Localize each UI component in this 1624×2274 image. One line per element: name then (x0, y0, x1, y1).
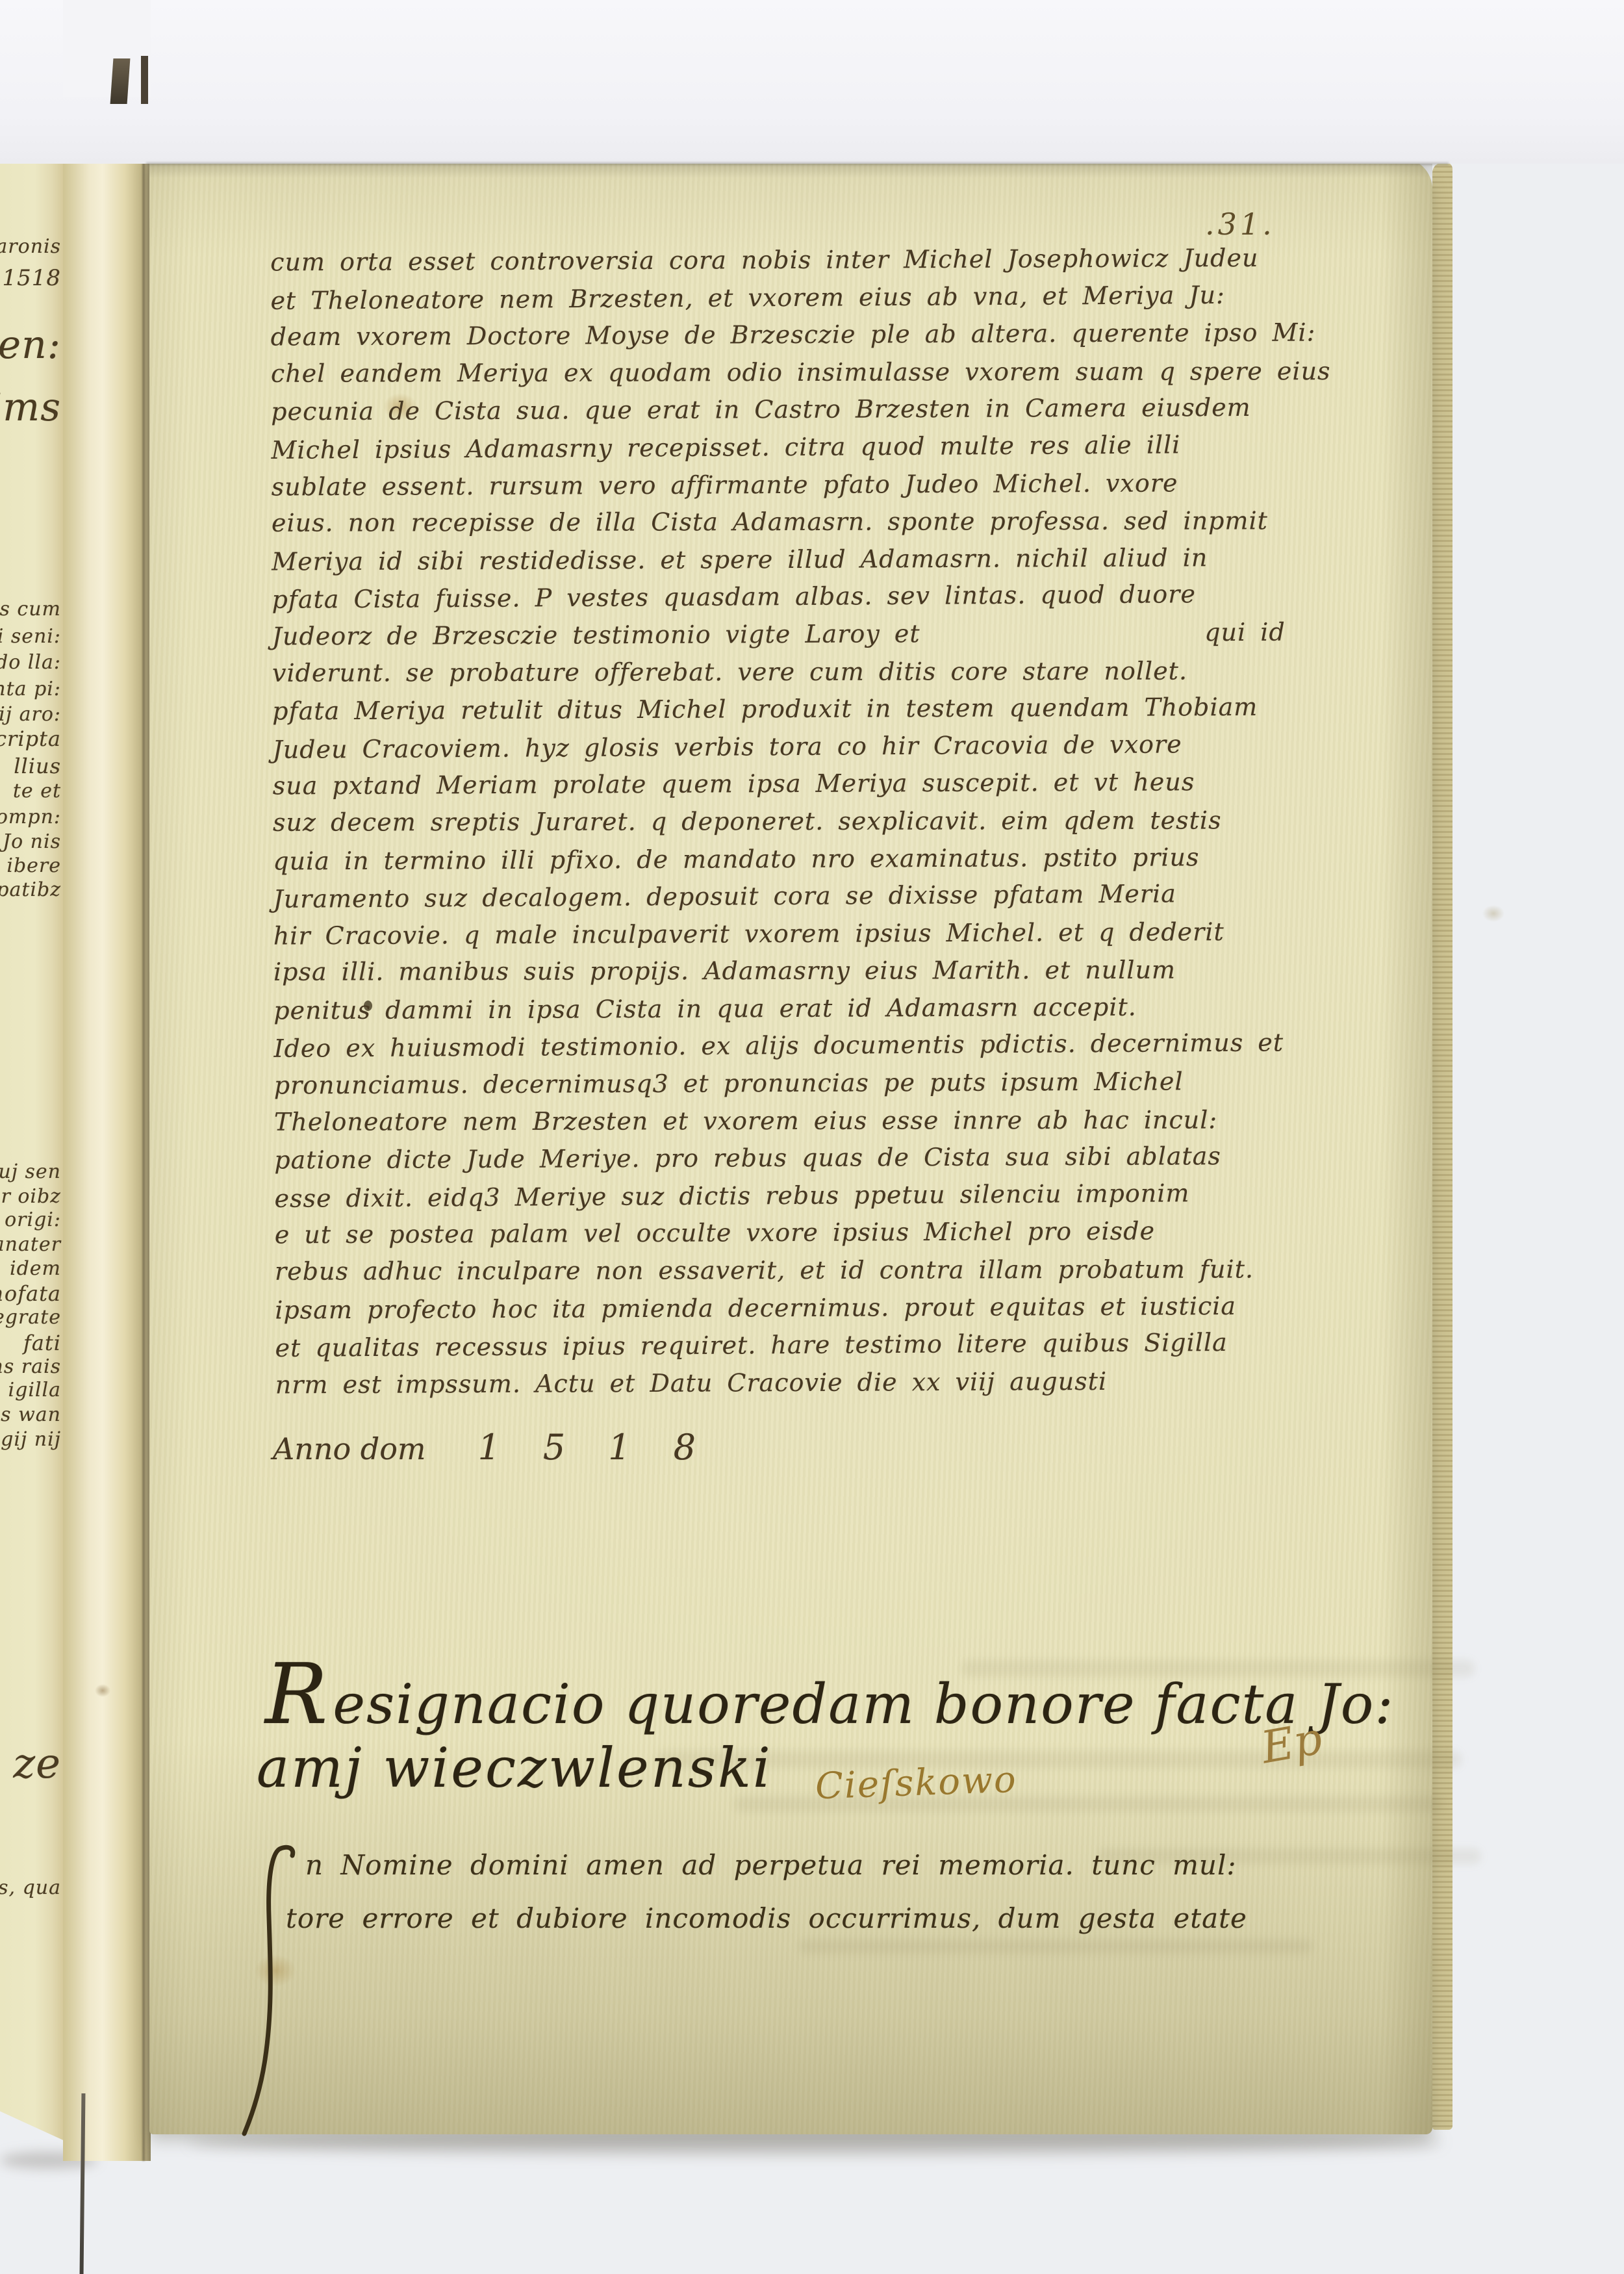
drop-cap-initial-flourish (240, 1844, 305, 2138)
text-line: Michel ipsius Adamasrny recepisset. citr… (271, 426, 1310, 469)
text-line: sublate essent. rursum vero affirmante p… (272, 464, 1311, 506)
text-line: et Theloneatore nem Brzesten, et vxorem … (270, 276, 1310, 320)
facing-page-text-fragment: pi seni: (0, 625, 61, 648)
facing-page-text-fragment: rompn: (0, 806, 61, 828)
closing-line-2: tore errore et dubiore incomodis occurri… (286, 1902, 1247, 1934)
facing-page-text-fragment: s wan (1, 1403, 61, 1426)
facing-page-text-fragment: llius (14, 754, 61, 778)
text-line: suz decem sreptis Juraret. q deponeret. … (273, 802, 1312, 841)
text-line: pronunciamus. decernimusq3 et pronuncias… (274, 1063, 1313, 1105)
text-line: esse dixit. eidq3 Meriye suz dictis rebu… (274, 1174, 1313, 1218)
text-line: nrm est impssum. Actu et Datu Cracovie d… (275, 1362, 1315, 1404)
text-line: ipsam profecto hoc ita pmienda decernimu… (275, 1287, 1314, 1329)
facing-page-text-fragment: ibere (6, 854, 61, 877)
bleed-through (656, 1751, 1462, 1768)
facing-page-text-fragment: gij aro: (0, 703, 61, 726)
text-line: pfata Cista fuisse. P vestes quasdam alb… (272, 575, 1311, 619)
facing-page-text-fragment: idem (10, 1257, 61, 1280)
facing-page-text-fragment: pkuj sen (0, 1160, 61, 1183)
text-line: eius. non recepisse de illa Cista Adamas… (272, 502, 1311, 542)
facing-page-text-fragment: integrate (0, 1306, 61, 1329)
text-line: Judeu Cracoviem. hyz glosis verbis tora … (272, 725, 1312, 769)
facing-page-text-fragment: ze (13, 1740, 61, 1788)
facing-page-text-fragment: ns rais (0, 1355, 61, 1378)
gutter (63, 96, 151, 2161)
closing-line-1: n Nomine domini amen ad perpetua rei mem… (305, 1849, 1237, 1881)
folio-number: .31. (1205, 207, 1275, 242)
facing-page-text-fragment: olen: (0, 322, 61, 368)
text-line: Theloneatore nem Brzesten et vxorem eius… (274, 1101, 1313, 1141)
text-line: Juramento suz decalogem. deposuit cora s… (273, 875, 1312, 918)
facing-page-text-fragment: te et (13, 780, 61, 802)
text-line: quia in termino illi pfixo. de mandato n… (273, 838, 1312, 880)
text-line: penitus dammi in ipsa Cista in qua erat … (273, 988, 1313, 1030)
margin-paraph: Ep (1258, 1713, 1326, 1774)
text-line: pecunia de Cista sua. que erat in Castro… (271, 389, 1310, 431)
facing-page-text-fragment: igilla (8, 1379, 61, 1401)
facing-page-text-fragment: no 1518 (0, 265, 61, 291)
text-line: chel eandem Meriya ex quodam odio insimu… (271, 353, 1310, 392)
facing-page-text-fragment: scripta (0, 726, 61, 751)
binding-gap (63, 0, 151, 97)
top-edge-shadow (149, 164, 1432, 178)
manuscript-scan: { "document": { "type": "bound manuscrip… (0, 0, 1624, 2274)
facing-page-text-fragment: fati (23, 1331, 61, 1355)
binding-ribbon (110, 58, 131, 104)
text-line: et qualitas recessus ipius requiret. har… (275, 1323, 1314, 1367)
text-line: hir Cracovie. q male inculpaverit vxorem… (273, 913, 1313, 955)
binding-ribbon (141, 56, 148, 104)
text-line: e ut se postea palam vel occulte vxore i… (275, 1212, 1314, 1255)
text-line: Meriya id sibi restidedisse. et spere il… (272, 539, 1311, 581)
facing-page-text-fragment: gij nij (1, 1428, 61, 1451)
facing-page-strip: zaronisno 1518olen:llimssis cumpi seni:o… (0, 96, 63, 2154)
text-line: Judeorz de Brzesczie testimonio vigte La… (272, 614, 1286, 656)
bleed-through (799, 1939, 1312, 1954)
entry-heading-line-1: Resignacio quoredam bonore facta Jo: (265, 1646, 1395, 1743)
text-line: sua pxtand Meriam prolate quem ipsa Meri… (273, 763, 1312, 806)
facing-page-text-fragment: origi: (5, 1208, 61, 1231)
text-line: pfata Meriya retulit ditus Michel produx… (272, 689, 1312, 731)
facing-page-text-fragment: sis cum (0, 598, 61, 620)
text-line: ipsa illi. manibus suis propijs. Adamasr… (273, 951, 1313, 991)
facing-page-text-fragment: ti Jo nis (0, 830, 61, 853)
page-stain (95, 1684, 110, 1697)
facing-page-text-fragment: ar oibz (0, 1185, 61, 1208)
facing-page-text-fragment: zaronis (0, 235, 61, 258)
fore-edge-leaves (1432, 162, 1453, 2130)
body-text: cum orta esset controversia cora nobis i… (270, 240, 1315, 1404)
marginal-annotation: Cieſskowo (815, 1759, 1018, 1808)
facing-page-text-fragment: llims (0, 385, 61, 430)
page-stain (1482, 905, 1504, 922)
text-line: patione dicte Jude Meriye. pro rebus qua… (274, 1138, 1313, 1180)
facing-page-text-fragment: anater (0, 1233, 61, 1256)
text-line: deam vxorem Doctore Moyse de Brzesczie p… (271, 314, 1310, 357)
text-line: rebus adhuc inculpare non essaverit, et … (275, 1251, 1314, 1290)
text-line: viderunt. se probature offerebat. vere c… (272, 652, 1312, 692)
facing-page-text-fragment: hofata (0, 1281, 61, 1306)
date-year: 1518 (478, 1427, 739, 1468)
text-line-left: Judeorz de Brzesczie testimonio vigte La… (272, 615, 920, 656)
facing-page-text-fragment: omdo lla: (0, 651, 61, 674)
date-line: Anno dom1518 (273, 1427, 739, 1468)
text-line-right-fragment: qui id (1204, 614, 1286, 652)
text-line: Ideo ex huiusmodi testimonio. ex alijs d… (273, 1025, 1313, 1068)
date-line-label: Anno dom (273, 1431, 426, 1466)
facing-page-text-fragment: patibz (0, 878, 61, 901)
text-line: cum orta esset controversia cora nobis i… (270, 240, 1310, 282)
white-backing-sheet (0, 0, 1624, 164)
facing-page-text-fragment: enta pi: (0, 678, 61, 700)
facing-page-text-fragment: his, qua (0, 1876, 61, 1899)
entry-heading-line-2: amj wieczwlenski (257, 1736, 772, 1800)
